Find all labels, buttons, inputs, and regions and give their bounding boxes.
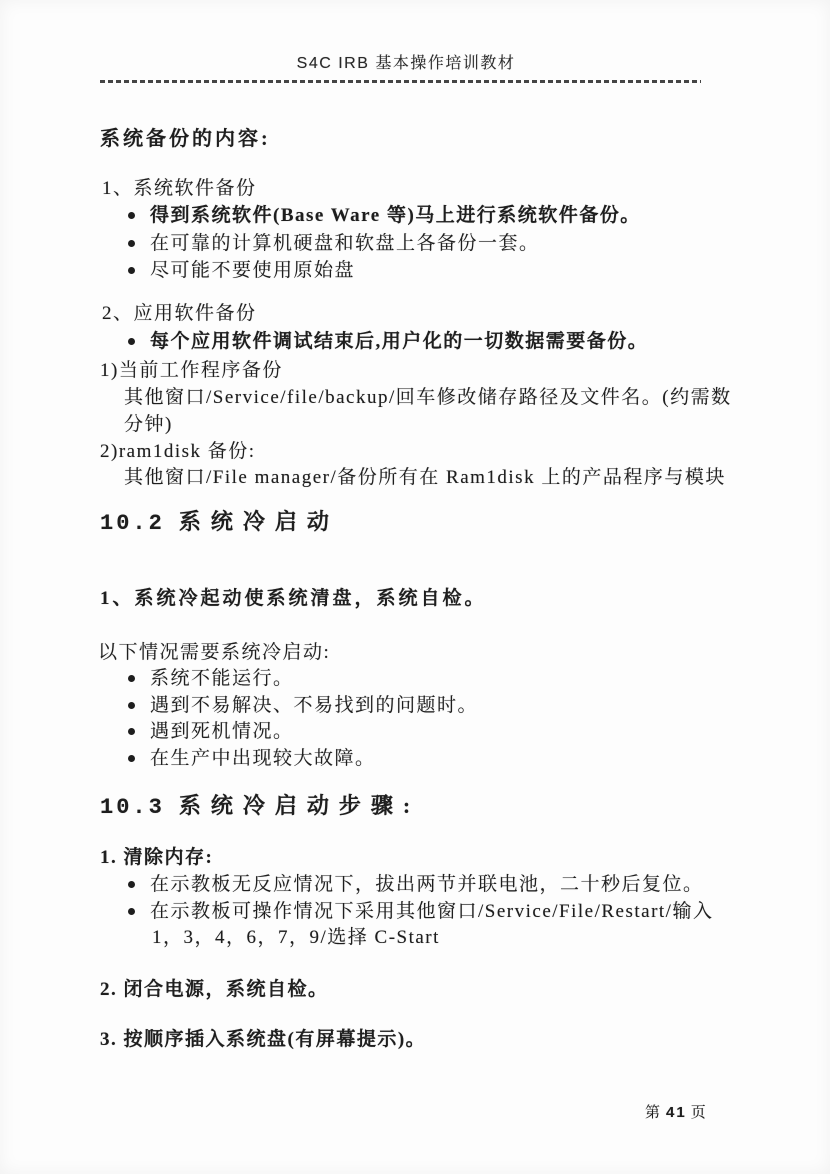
step3-label: 3. 按顺序插入系统盘(有屏幕提示)。 [100, 1027, 426, 1052]
bullet-icon [128, 267, 135, 274]
bullet-icon [128, 908, 135, 915]
list-item: 尽可能不要使用原始盘 [128, 258, 355, 283]
document-page: S4C IRB 基本操作培训教材 系统备份的内容: 1、系统软件备份 得到系统软… [0, 0, 830, 1174]
backup-section-title: 系统备份的内容: [100, 122, 271, 151]
list-item: 每个应用软件调试结束后,用户化的一切数据需要备份。 [128, 329, 648, 354]
bullet-icon [128, 755, 135, 762]
list-item: 在示教板无反应情况下，拔出两节并联电池，二十秒后复位。 [128, 872, 704, 897]
step1-continuation-line: 1，3，4，6，7，9/选择 C-Start [152, 925, 440, 950]
section-10-2-number: 10.2 [100, 511, 165, 536]
bullet-icon [128, 212, 135, 219]
bullet-icon [128, 881, 135, 888]
page-footer: 第41页 [645, 1101, 708, 1122]
list-item-text: 在示教板可操作情况下采用其他窗口/Service/File/Restart/输入 [150, 899, 713, 924]
list-item-text: 系统不能运行。 [150, 666, 294, 691]
footer-suffix: 页 [691, 1105, 708, 1121]
section-10-2-title: 系统冷启动 [179, 509, 339, 534]
step1-label: 1. 清除内存: [100, 845, 213, 870]
list-item-text: 在可靠的计算机硬盘和软盘上各备份一套。 [150, 231, 540, 256]
bullet-icon [128, 675, 135, 682]
backup-item2-label: 2、应用软件备份 [102, 301, 257, 326]
backup-item1-label: 1、系统软件备份 [102, 176, 257, 201]
backup-sub1-path-line-wrap: 分钟) [124, 412, 173, 437]
document-header-title: S4C IRB 基本操作培训教材 [100, 50, 712, 73]
cold-start-statement: 1、系统冷起动使系统清盘，系统自检。 [100, 586, 487, 611]
list-item: 系统不能运行。 [128, 666, 294, 691]
list-item: 遇到死机情况。 [128, 719, 294, 744]
list-item: 在生产中出现较大故障。 [128, 746, 376, 771]
page-number: 41 [666, 1104, 687, 1121]
list-item-text: 在生产中出现较大故障。 [150, 746, 376, 771]
bullet-icon [128, 702, 135, 709]
list-item-text: 遇到死机情况。 [150, 719, 294, 744]
backup-sub2-path-line: 其他窗口/File manager/备份所有在 Ram1disk 上的产品程序与… [124, 465, 726, 490]
backup-sub1-path-line: 其他窗口/Service/file/backup/回车修改储存路径及文件名。(约… [124, 385, 732, 410]
bullet-icon [128, 728, 135, 735]
step2-label: 2. 闭合电源，系统自检。 [100, 977, 329, 1002]
bullet-icon [128, 240, 135, 247]
cold-start-intro: 以下情况需要系统冷启动: [98, 640, 330, 665]
list-item: 遇到不易解决、不易找到的问题时。 [128, 693, 478, 718]
list-item-text: 每个应用软件调试结束后,用户化的一切数据需要备份。 [150, 329, 648, 354]
footer-prefix: 第 [645, 1105, 662, 1121]
header-divider-dashed-rule [100, 80, 701, 83]
list-item-text: 在示教板无反应情况下，拔出两节并联电池，二十秒后复位。 [150, 872, 704, 897]
section-10-2-heading: 10.2系统冷启动 [100, 505, 339, 536]
list-item: 在可靠的计算机硬盘和软盘上各备份一套。 [128, 231, 540, 256]
list-item: 得到系统软件(Base Ware 等)马上进行系统软件备份。 [128, 203, 641, 228]
bullet-icon [128, 338, 135, 345]
list-item-text: 得到系统软件(Base Ware 等)马上进行系统软件备份。 [150, 203, 641, 228]
backup-sub1-label: 1)当前工作程序备份 [100, 358, 283, 383]
section-10-3-heading: 10.3系统冷启动步骤: [100, 789, 420, 820]
list-item-text: 遇到不易解决、不易找到的问题时。 [150, 693, 478, 718]
section-10-3-number: 10.3 [100, 795, 165, 820]
list-item: 在示教板可操作情况下采用其他窗口/Service/File/Restart/输入 [128, 899, 713, 924]
backup-sub2-label: 2)ram1disk 备份: [100, 439, 256, 464]
section-10-3-title: 系统冷启动步骤: [179, 793, 420, 818]
list-item-text: 尽可能不要使用原始盘 [150, 258, 355, 283]
